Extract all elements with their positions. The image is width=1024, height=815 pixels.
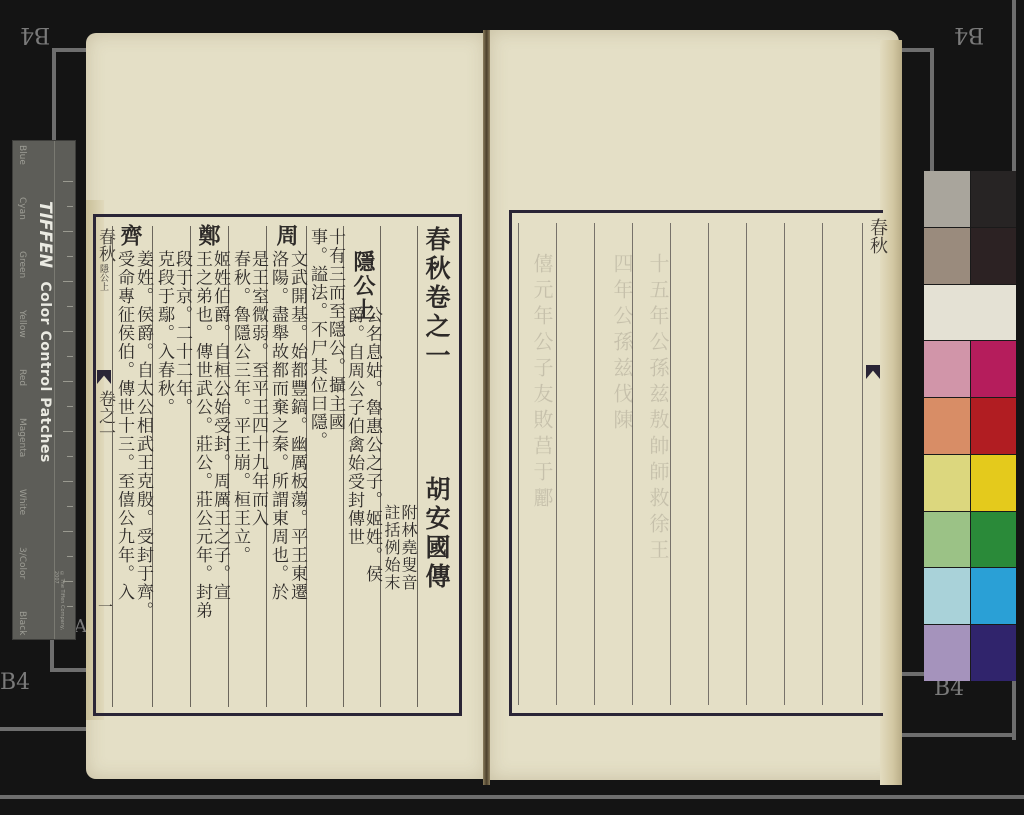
patch-light-yellow bbox=[924, 455, 970, 511]
board-frame-line bbox=[52, 48, 56, 140]
tiffen-color-strip: Blue Cyan Green Yellow Red Magenta White… bbox=[12, 140, 76, 640]
board-frame-line bbox=[50, 640, 54, 670]
patch-blue bbox=[971, 625, 1017, 681]
tiffen-brand: TIFFEN bbox=[35, 201, 55, 268]
blank-column bbox=[822, 223, 863, 705]
blank-column bbox=[746, 223, 785, 705]
title-column: 春秋卷之一 胡安國傳 bbox=[417, 226, 461, 707]
color-patch-chart bbox=[924, 171, 1016, 681]
patch-pink bbox=[924, 341, 970, 397]
tiffen-title: TIFFEN Color Control Patches bbox=[35, 201, 55, 463]
text-column: 隱公上 公名息姑。魯惠公之子。姬姓。侯 爵。自周公子伯禽始受封傳世 bbox=[343, 226, 381, 707]
patch-orange bbox=[924, 398, 970, 454]
patch-lavender bbox=[924, 625, 970, 681]
board-frame-line bbox=[52, 48, 88, 52]
patch-name: Magenta bbox=[17, 418, 27, 457]
patch-yellow bbox=[971, 455, 1017, 511]
patch-white bbox=[924, 285, 1016, 341]
right-text-frame: 十五年公孫兹敖帥師救徐王 四年公孫兹伐陳 僖元年公子友敗莒于酈 bbox=[509, 210, 883, 716]
board-frame-line bbox=[50, 668, 90, 672]
tiffen-product: Color Control Patches bbox=[37, 281, 53, 462]
patch-dark-brown bbox=[971, 228, 1017, 284]
board-frame-line bbox=[0, 795, 1024, 799]
left-text-frame: 春秋卷之一 胡安國傳 附林堯叟音 註括例始末 隱公上 公名息姑。魯惠公之子。姬姓… bbox=[93, 214, 462, 716]
section-heading-qi: 齊 bbox=[121, 224, 138, 248]
patch-name: Yellow bbox=[17, 310, 27, 338]
patch-name: Red bbox=[17, 369, 27, 386]
blank-column bbox=[670, 223, 709, 705]
note-a: 附林堯叟音 bbox=[400, 504, 417, 592]
section-heading-zhou: 周 bbox=[277, 224, 294, 248]
text-line: 十有三而至隱公。攝主國 bbox=[326, 228, 343, 432]
board-frame-line bbox=[898, 48, 934, 52]
patch-gray-light bbox=[924, 171, 970, 227]
text-line: 事。謚法。不尸其位曰隱。 bbox=[308, 228, 325, 450]
patch-name-list: Blue Cyan Green Yellow Red Magenta White… bbox=[17, 145, 27, 635]
text-line: 爵。自周公子伯禽始受封傳世 bbox=[345, 306, 362, 547]
text-line: 洛陽。盡舉故都而棄之秦。所謂東周也。於 bbox=[269, 250, 286, 602]
patch-name: Cyan bbox=[17, 197, 27, 220]
volume-title: 春秋卷之一 bbox=[428, 226, 445, 371]
text-column: 十有三而至隱公。攝主國 事。謚法。不尸其位曰隱。 bbox=[306, 226, 344, 707]
patch-cyan bbox=[971, 568, 1017, 624]
text-line: 姬姓伯爵。自桓公始受封。周厲王之子。宣 bbox=[211, 250, 228, 602]
text-line: 受命專征侯伯。傳世十三。至僖公九年。入 bbox=[115, 250, 132, 602]
text-line: 王之弟也。傳世武公。莊公。莊公元年。封弟 bbox=[193, 250, 210, 620]
board-label: B4 bbox=[0, 670, 30, 695]
patch-name: 3/Color bbox=[17, 547, 27, 579]
blank-column bbox=[556, 223, 595, 705]
text-column: 齊 姜姓。侯爵。自太公相武王克殷。受封于齊。 受命專征侯伯。傳世十三。至僖公九年… bbox=[112, 226, 153, 707]
board-frame-line bbox=[902, 733, 1016, 737]
text-column: 周 文武開基。始都豐鎬。幽厲板蕩。平王東遷 洛陽。盡舉故都而棄之秦。所謂東周也。… bbox=[266, 226, 307, 707]
patch-magenta bbox=[971, 341, 1017, 397]
text-line: 克段于鄢。入春秋。 bbox=[155, 250, 172, 417]
text-column: 鄭 姬姓伯爵。自桓公始受封。周厲王之子。宣 王之弟也。傳世武公。莊公。莊公元年。… bbox=[190, 226, 229, 707]
section-heading-zheng: 鄭 bbox=[199, 224, 216, 248]
board-frame-line bbox=[930, 48, 934, 172]
note-column: 附林堯叟音 註括例始末 bbox=[380, 226, 418, 707]
board-frame-line bbox=[0, 727, 86, 731]
patch-light-cyan bbox=[924, 568, 970, 624]
board-label: B4 bbox=[20, 22, 50, 47]
patch-name: Green bbox=[17, 251, 27, 278]
text-line: 段于京。二十二年。 bbox=[173, 250, 190, 417]
text-line: 姜姓。侯爵。自太公相武王克殷。受封于齊。 bbox=[134, 250, 151, 620]
right-edge-title: 春秋 bbox=[864, 218, 890, 254]
blank-column bbox=[784, 223, 823, 705]
patch-light-green bbox=[924, 512, 970, 568]
text-column: 段于京。二十二年。 克段于鄢。入春秋。 bbox=[152, 226, 191, 707]
patch-red bbox=[971, 398, 1017, 454]
show-through-text: 四年公孫兹伐陳 bbox=[608, 253, 637, 435]
patch-black bbox=[971, 171, 1017, 227]
patch-name: Blue bbox=[17, 145, 27, 165]
book-gutter bbox=[483, 30, 490, 785]
show-through-text: 僖元年公子友敗莒于酈 bbox=[528, 253, 557, 513]
text-line: 春秋。魯隱公三年。平王崩。桓王立。 bbox=[231, 250, 248, 565]
patch-brown bbox=[924, 228, 970, 284]
show-through-text: 十五年公孫兹敖帥師救徐王 bbox=[644, 253, 673, 565]
patch-name: White bbox=[17, 489, 27, 515]
text-line: 是王室微弱。至平王四十九年而入 bbox=[249, 250, 266, 528]
blank-column bbox=[708, 223, 747, 705]
patch-name: Black bbox=[17, 611, 27, 635]
centimeter-ruler bbox=[54, 141, 73, 639]
text-column: 是王室微弱。至平王四十九年而入 春秋。魯隱公三年。平王崩。桓王立。 bbox=[228, 226, 267, 707]
commentary-author: 胡安國傳 bbox=[428, 476, 445, 592]
blank-column bbox=[862, 223, 885, 705]
board-label: B4 bbox=[954, 22, 984, 47]
note-b: 註括例始末 bbox=[383, 504, 400, 592]
text-line: 文武開基。始都豐鎬。幽厲板蕩。平王東遷 bbox=[288, 250, 305, 602]
patch-green bbox=[971, 512, 1017, 568]
text-line: 公名息姑。魯惠公之子。姬姓。侯 bbox=[363, 306, 380, 584]
